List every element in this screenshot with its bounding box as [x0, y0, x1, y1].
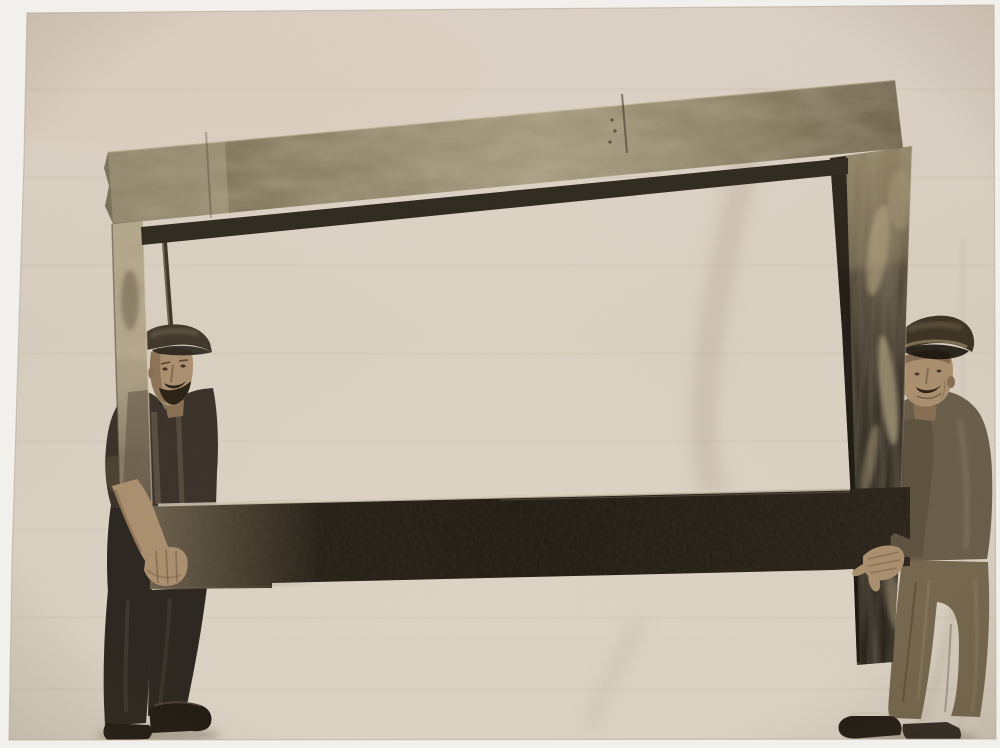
photograph	[0, 0, 1000, 748]
photo-print	[0, 0, 1000, 748]
photo-grain	[0, 0, 1000, 748]
photo-canvas	[0, 0, 1000, 748]
